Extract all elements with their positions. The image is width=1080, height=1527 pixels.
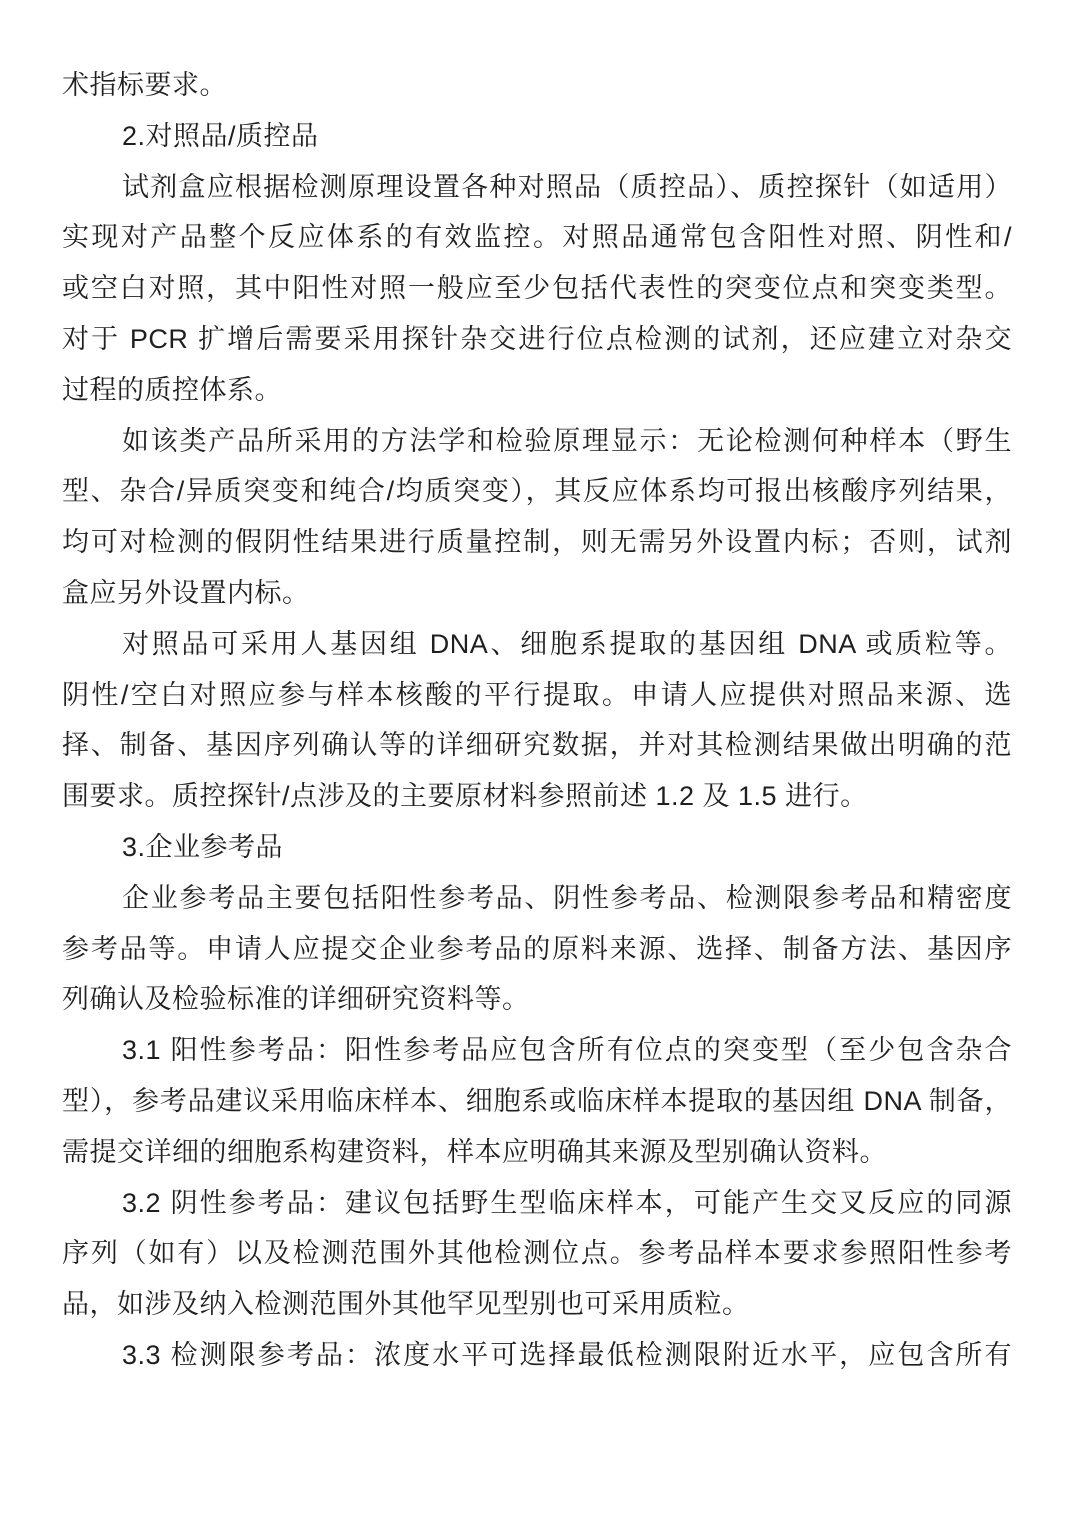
text-line: 试剂盒应根据检测原理设置各种对照品（质控品）、质控探针（如适用） (62, 162, 1012, 213)
text-line: 列确认及检验标准的详细研究资料等。 (62, 974, 1012, 1025)
text-line: 围要求。质控探针/点涉及的主要原材料参照前述 1.2 及 1.5 进行。 (62, 771, 1012, 822)
text-line: 参考品等。申请人应提交企业参考品的原料来源、选择、制备方法、基因序 (62, 924, 1012, 975)
text-line: 序列（如有）以及检测范围外其他检测位点。参考品样本要求参照阳性参考 (62, 1228, 1012, 1279)
document-background: { "page": { "background": "#ffffff", "te… (0, 0, 1080, 1527)
section-heading: 2.对照品/质控品 (62, 111, 1012, 162)
text-line: 型），参考品建议采用临床样本、细胞系或临床样本提取的基因组 DNA 制备， (62, 1076, 1012, 1127)
section-heading: 3.企业参考品 (62, 822, 1012, 873)
text-line: 企业参考品主要包括阳性参考品、阴性参考品、检测限参考品和精密度 (62, 873, 1012, 924)
text-line: 或空白对照，其中阳性对照一般应至少包括代表性的突变位点和突变类型。 (62, 263, 1012, 314)
text-line: 过程的质控体系。 (62, 365, 1012, 416)
text-line: 3.2 阴性参考品：建议包括野生型临床样本，可能产生交叉反应的同源 (62, 1178, 1012, 1229)
text-line: 实现对产品整个反应体系的有效监控。对照品通常包含阳性对照、阴性和/ (62, 212, 1012, 263)
text-line: 3.1 阳性参考品：阳性参考品应包含所有位点的突变型（至少包含杂合 (62, 1025, 1012, 1076)
text-line: 对于 PCR 扩增后需要采用探针杂交进行位点检测的试剂，还应建立对杂交 (62, 314, 1012, 365)
text-line: 3.3 检测限参考品：浓度水平可选择最低检测限附近水平，应包含所有 (62, 1330, 1012, 1381)
document-page: 术指标要求。 2.对照品/质控品 试剂盒应根据检测原理设置各种对照品（质控品）、… (62, 60, 1012, 1381)
text-line: 型、杂合/异质突变和纯合/均质突变），其反应体系均可报出核酸序列结果， (62, 466, 1012, 517)
text-line: 品，如涉及纳入检测范围外其他罕见型别也可采用质粒。 (62, 1279, 1012, 1330)
text-line: 需提交详细的细胞系构建资料，样本应明确其来源及型别确认资料。 (62, 1127, 1012, 1178)
text-line: 对照品可采用人基因组 DNA、细胞系提取的基因组 DNA 或质粒等。 (62, 619, 1012, 670)
text-line: 术指标要求。 (62, 60, 1012, 111)
text-line: 择、制备、基因序列确认等的详细研究数据，并对其检测结果做出明确的范 (62, 720, 1012, 771)
text-line: 阴性/空白对照应参与样本核酸的平行提取。申请人应提供对照品来源、选 (62, 670, 1012, 721)
text-line: 如该类产品所采用的方法学和检验原理显示：无论检测何种样本（野生 (62, 416, 1012, 467)
text-line: 盒应另外设置内标。 (62, 568, 1012, 619)
text-line: 均可对检测的假阴性结果进行质量控制，则无需另外设置内标；否则，试剂 (62, 517, 1012, 568)
